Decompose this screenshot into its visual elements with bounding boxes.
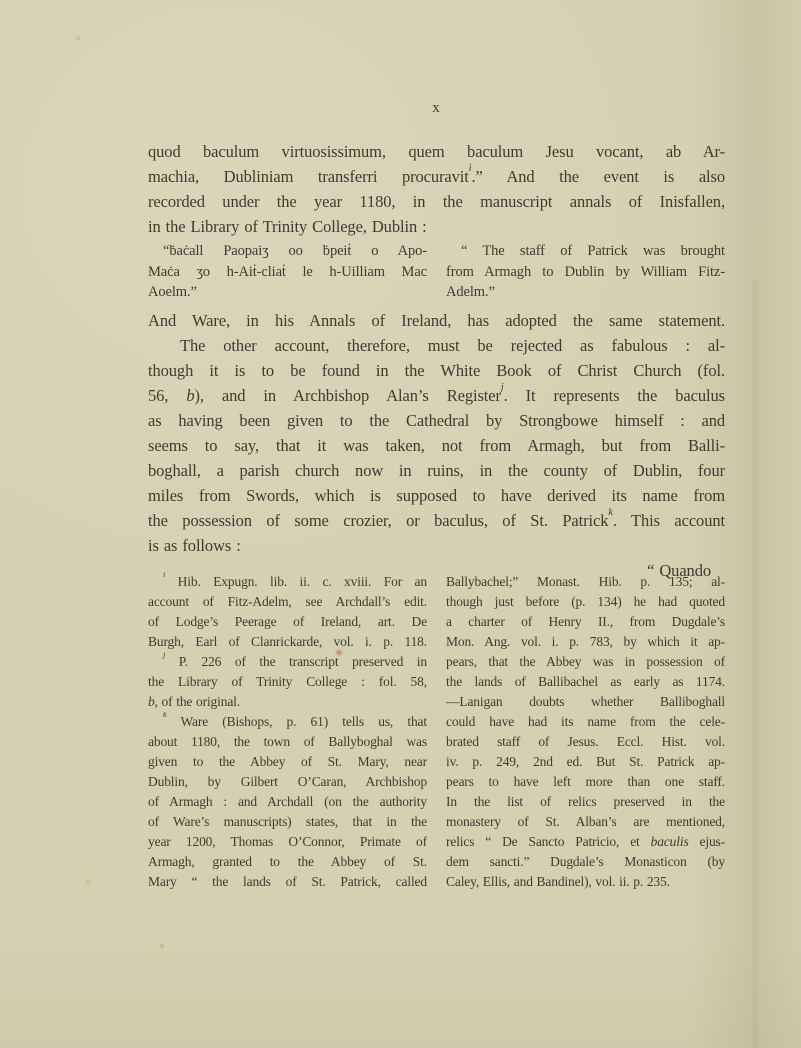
text-line: Dublin, by Gilbert O’Caran, Archbishop <box>148 772 427 792</box>
text-run: account of Fitz-Adelm, see Archdall’s ed… <box>148 594 427 609</box>
text-run: of Lodge’s Peerage of Ireland, art. De <box>148 614 427 629</box>
text-line: of Armagh : and Archdall (on the authori… <box>148 792 427 812</box>
text-line: iv. p. 249, 2nd ed. But St. Patrick ap- <box>446 752 725 772</box>
text-run: monastery of St. Alban’s are mentioned, <box>446 814 725 829</box>
text-line: a charter of Henry II., from Dugdale’s <box>446 612 725 632</box>
paragraph-main-text: And Ware, in his Annals of Ireland, has … <box>148 308 725 583</box>
footnote-marker: j <box>501 383 504 393</box>
text-run: —Lanigan doubts whether Balliboghall <box>446 694 725 709</box>
text-line: monastery of St. Alban’s are mentioned, <box>446 812 725 832</box>
text-line: Ballybachel;” Monast. Hib. p. 135; al- <box>446 572 725 592</box>
text-line: relics “ De Sancto Patricio, et baculis … <box>446 832 725 852</box>
text-line: could have had its name from the cele- <box>446 712 725 732</box>
text-run: Armagh, granted to the Abbey of St. <box>148 854 427 869</box>
text-line: Burgh, Earl of Clanrickarde, vol. i. p. … <box>148 632 427 652</box>
text-line: though it is to be found in the White Bo… <box>148 358 725 383</box>
text-line: boghall, a parish church now in ruins, i… <box>148 458 725 483</box>
text-run: Dublin, by Gilbert O’Caran, Archbishop <box>148 774 427 789</box>
footnotes-section: i Hib. Expugn. lib. ii. c. xviii. For an… <box>148 572 725 892</box>
page-number: x <box>148 100 725 117</box>
scanned-book-page: x quod baculum virtuosissimum, quem bacu… <box>0 0 801 1048</box>
text-line: In the list of relics preserved in the <box>446 792 725 812</box>
text-run: dem sancti.” Dugdale’s Monasticon (by <box>446 854 725 869</box>
text-line: —Lanigan doubts whether Balliboghall <box>446 692 725 712</box>
text-run: boghall, a parish church now in ruins, i… <box>148 461 725 480</box>
text-run: the possession of some crozier, or bacul… <box>148 511 608 530</box>
text-line: b, of the original. <box>148 692 427 712</box>
text-run: brated staff of Jesus. Eccl. Hist. vol. <box>446 734 725 749</box>
text-run: And Ware, in his Annals of Ireland, has … <box>148 311 725 330</box>
text-run: quod baculum virtuosissimum, quem baculu… <box>148 142 725 161</box>
text-line: Maċa ʒo h-Aiṫ-cliaṫ le h-Uilliam Mac <box>148 262 427 283</box>
footnote-marker: i <box>163 572 165 579</box>
text-line: “ The staff of Patrick was brought <box>446 241 725 262</box>
footnote-marker: k <box>608 508 612 518</box>
text-line: i Hib. Expugn. lib. ii. c. xviii. For an <box>148 572 427 592</box>
text-run: the lands of Ballibachel as early as 117… <box>446 674 725 689</box>
text-line: given to the Abbey of St. Mary, near <box>148 752 427 772</box>
text-run: Caley, Ellis, and Bandinel), vol. ii. p.… <box>446 874 670 889</box>
text-run: is as follows : <box>148 536 241 555</box>
text-run: In the list of relics preserved in the <box>446 794 725 809</box>
text-line: the lands of Ballibachel as early as 117… <box>446 672 725 692</box>
text-line: the Library of Trinity College : fol. 58… <box>148 672 427 692</box>
text-line: k Ware (Bishops, p. 61) tells us, that <box>148 712 427 732</box>
text-run: Mary “ the lands of St. Patrick, called <box>148 874 427 889</box>
text-line: is as follows : <box>148 533 725 558</box>
italic-text-run: b <box>148 694 155 709</box>
english-quote-column: “ The staff of Patrick was broughtfrom A… <box>446 241 725 303</box>
text-run: relics “ De Sancto Patricio, et <box>446 834 651 849</box>
bilingual-quote-block: “ḃaċall Paopaiʒ oo ḃpeiṫ o Apo-Maċa ʒo h… <box>148 241 725 303</box>
page-bend-shadow <box>751 280 759 1048</box>
irish-quote-column: “ḃaċall Paopaiʒ oo ḃpeiṫ o Apo-Maċa ʒo h… <box>148 241 427 303</box>
text-line: dem sancti.” Dugdale’s Monasticon (by <box>446 852 725 872</box>
scan-speck <box>77 37 80 40</box>
italic-text-run: baculis <box>651 834 689 849</box>
text-run: pears to have left more than one staff. <box>446 774 725 789</box>
text-line: pears to have left more than one staff. <box>446 772 725 792</box>
text-run: of Ware’s manuscripts) states, that in t… <box>148 814 427 829</box>
text-line: “ḃaċall Paopaiʒ oo ḃpeiṫ o Apo- <box>148 241 427 262</box>
text-line: 56, b), and in Archbishop Alan’s Registe… <box>148 383 725 408</box>
text-run: a charter of Henry II., from Dugdale’s <box>446 614 725 629</box>
text-line: quod baculum virtuosissimum, quem baculu… <box>148 139 725 164</box>
text-run: . It represents the baculus <box>504 386 725 405</box>
text-run: Mon. Ang. vol. i. p. 783, by which it ap… <box>446 634 725 649</box>
scan-speck <box>160 944 164 948</box>
text-run: from Armagh to Dublin by William Fitz- <box>446 264 725 280</box>
text-line: from Armagh to Dublin by William Fitz- <box>446 262 725 283</box>
text-run: machia, Dubliniam transferri procuravit <box>148 167 469 186</box>
text-line: And Ware, in his Annals of Ireland, has … <box>148 308 725 333</box>
text-line: as having been given to the Cathedral by… <box>148 408 725 433</box>
scan-speck <box>86 880 91 884</box>
text-line: Mary “ the lands of St. Patrick, called <box>148 872 427 892</box>
text-run: year 1200, Thomas O’Connor, Primate of <box>148 834 427 849</box>
text-run: though it is to be found in the White Bo… <box>148 361 725 380</box>
text-run: could have had its name from the cele- <box>446 714 725 729</box>
text-line: Aoelm.” <box>148 282 427 303</box>
text-run: of Armagh : and Archdall (on the authori… <box>148 794 427 809</box>
text-run: Burgh, Earl of Clanrickarde, vol. i. p. … <box>148 634 427 649</box>
text-run: “ḃaċall Paopaiʒ oo ḃpeiṫ o Apo- <box>163 243 427 259</box>
footnote-column-left: i Hib. Expugn. lib. ii. c. xviii. For an… <box>148 572 427 892</box>
text-run: the Library of Trinity College : fol. 58… <box>148 674 427 689</box>
text-run: recorded under the year 1180, in the man… <box>148 192 725 211</box>
text-line: seems to say, that it was taken, not fro… <box>148 433 725 458</box>
text-run: miles from Swords, which is supposed to … <box>148 486 725 505</box>
text-line: pears, that the Abbey was in possession … <box>446 652 725 672</box>
text-run: iv. p. 249, 2nd ed. But St. Patrick ap- <box>446 754 725 769</box>
text-line: machia, Dubliniam transferri procuraviti… <box>148 164 725 189</box>
text-run: The other account, therefore, must be re… <box>180 336 725 355</box>
text-line: brated staff of Jesus. Eccl. Hist. vol. <box>446 732 725 752</box>
text-run: Ballybachel;” Monast. Hib. p. 135; al- <box>446 574 725 589</box>
text-line: of Lodge’s Peerage of Ireland, art. De <box>148 612 427 632</box>
text-line: The other account, therefore, must be re… <box>148 333 725 358</box>
text-line: miles from Swords, which is supposed to … <box>148 483 725 508</box>
text-run: given to the Abbey of St. Mary, near <box>148 754 427 769</box>
text-line: Mon. Ang. vol. i. p. 783, by which it ap… <box>446 632 725 652</box>
text-line: j P. 226 of the transcript preserved in <box>148 652 427 672</box>
text-run: pears, that the Abbey was in possession … <box>446 654 725 669</box>
footnote-marker: k <box>163 712 167 719</box>
text-run: Hib. Expugn. lib. ii. c. xviii. For an <box>165 574 427 589</box>
footnote-marker: i <box>469 164 472 174</box>
text-run: 56, <box>148 386 186 405</box>
text-run: Aoelm.” <box>148 284 197 300</box>
text-line: the possession of some crozier, or bacul… <box>148 508 725 533</box>
text-run: as having been given to the Cathedral by… <box>148 411 725 430</box>
text-run: Ware (Bishops, p. 61) tells us, that <box>167 714 427 729</box>
text-line: recorded under the year 1180, in the man… <box>148 189 725 214</box>
text-run: seems to say, that it was taken, not fro… <box>148 436 725 455</box>
text-line: Caley, Ellis, and Bandinel), vol. ii. p.… <box>446 872 725 892</box>
text-run: about 1180, the town of Ballyboghal was <box>148 734 427 749</box>
footnote-column-right: Ballybachel;” Monast. Hib. p. 135; al-th… <box>446 572 725 892</box>
text-run: Adelm.” <box>446 284 495 300</box>
text-line: though just before (p. 134) he had quote… <box>446 592 725 612</box>
text-line: year 1200, Thomas O’Connor, Primate of <box>148 832 427 852</box>
text-line: Adelm.” <box>446 282 725 303</box>
paragraph-latin-quote: quod baculum virtuosissimum, quem baculu… <box>148 139 725 239</box>
text-run: P. 226 of the transcript preserved in <box>165 654 427 669</box>
text-run: in the Library of Trinity College, Dubli… <box>148 217 427 236</box>
text-run: ejus- <box>689 834 725 849</box>
text-run: ), and in Archbishop Alan’s Register <box>194 386 500 405</box>
text-run: though just before (p. 134) he had quote… <box>446 594 725 609</box>
text-run: . This account <box>613 511 725 530</box>
text-line: about 1180, the town of Ballyboghal was <box>148 732 427 752</box>
text-line: account of Fitz-Adelm, see Archdall’s ed… <box>148 592 427 612</box>
text-run: “ The staff of Patrick was brought <box>461 243 725 259</box>
text-run: .” And the event is also <box>472 167 725 186</box>
footnote-marker: j <box>163 652 165 659</box>
text-run: Maċa ʒo h-Aiṫ-cliaṫ le h-Uilliam Mac <box>148 264 427 280</box>
text-line: in the Library of Trinity College, Dubli… <box>148 214 725 239</box>
text-line: Armagh, granted to the Abbey of St. <box>148 852 427 872</box>
text-line: of Ware’s manuscripts) states, that in t… <box>148 812 427 832</box>
text-run: , of the original. <box>155 694 240 709</box>
